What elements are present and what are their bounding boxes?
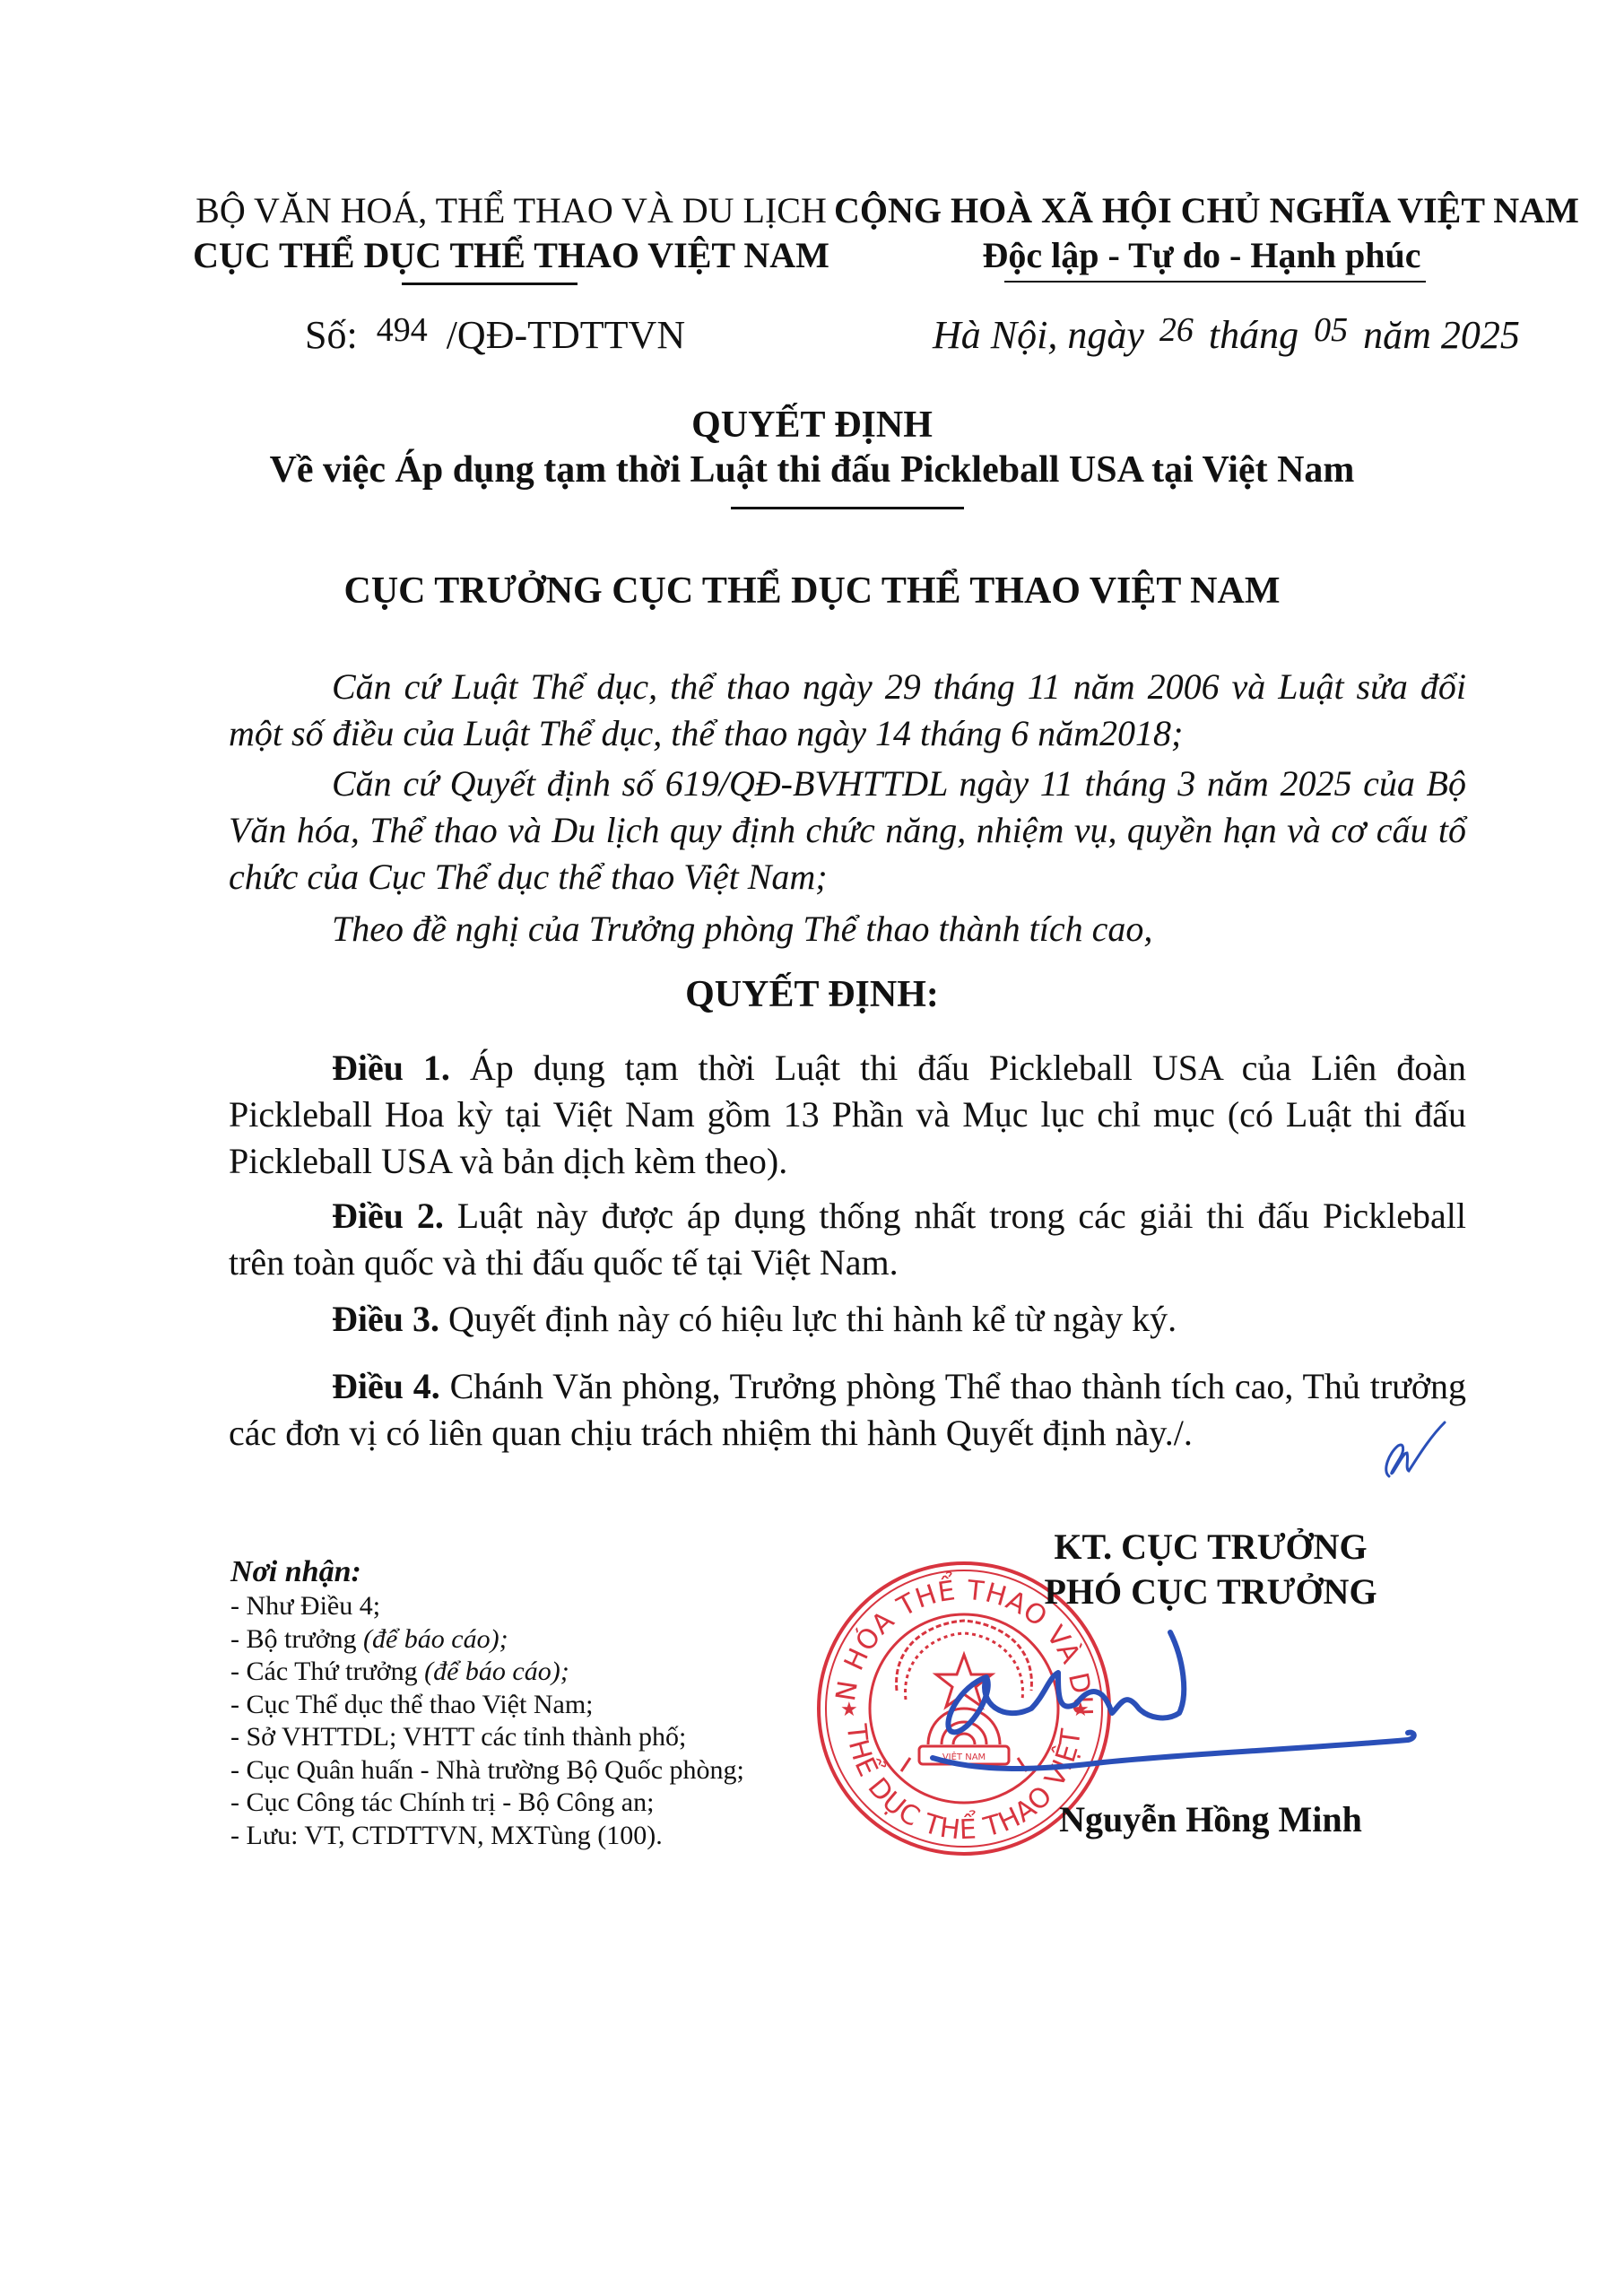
recipients-heading: Nơi nhận: [230, 1554, 744, 1590]
date-month-label: tháng [1209, 313, 1298, 357]
document-subtitle: Về việc Áp dụng tạm thời Luật thi đấu Pi… [0, 448, 1624, 491]
recipient-item: - Bộ trưởng (để báo cáo); [230, 1623, 744, 1657]
recipient-item: - Lưu: VT, CTDTTVN, MXTùng (100). [230, 1820, 744, 1853]
article-3-label: Điều 3. [332, 1299, 439, 1339]
country-name: CỘNG HOÀ XÃ HỘI CHỦ NGHĨA VIỆT NAM [834, 188, 1569, 233]
svg-text:★: ★ [840, 1698, 858, 1720]
signature-title-2: PHÓ CỤC TRƯỞNG [942, 1570, 1480, 1614]
signature-title-1: KT. CỤC TRƯỞNG [942, 1525, 1480, 1570]
date-day: 26 [1159, 311, 1194, 349]
legal-basis-2: Căn cứ Quyết định số 619/QĐ-BVHTTDL ngày… [229, 761, 1466, 900]
article-1: Điều 1. Áp dụng tạm thời Luật thi đấu Pi… [229, 1045, 1466, 1185]
number-value: 494 [377, 311, 428, 349]
date-place: Hà Nội, ngày [933, 313, 1144, 357]
issue-date: Hà Nội, ngày 26 tháng 05 năm 2025 [933, 312, 1520, 358]
handwritten-signature [924, 1623, 1426, 1821]
article-1-label: Điều 1. [332, 1048, 450, 1088]
article-3-text: Quyết định này có hiệu lực thi hành kể t… [439, 1299, 1177, 1339]
article-4-label: Điều 4. [332, 1366, 440, 1406]
recipient-item: - Cục Thể dục thể thao Việt Nam; [230, 1689, 744, 1722]
article-4: Điều 4. Chánh Văn phòng, Trưởng phòng Th… [229, 1363, 1466, 1457]
number-label: Số: [305, 313, 358, 357]
recipient-item: - Các Thứ trưởng (để báo cáo); [230, 1656, 744, 1689]
recipient-item: - Như Điều 4; [230, 1590, 744, 1623]
date-month: 05 [1314, 311, 1348, 349]
national-motto: Độc lập - Tự do - Hạnh phúc [834, 233, 1569, 278]
issuing-authority-heading: CỤC TRƯỞNG CỤC THỂ DỤC THỂ THAO VIỆT NAM [0, 570, 1624, 613]
document-number: Số: 494 /QĐ-TDTTVN [305, 312, 685, 358]
signer-name: Nguyễn Hồng Minh [942, 1798, 1480, 1840]
ministry-name: BỘ VĂN HOÁ, THỂ THAO VÀ DU LỊCH [179, 188, 843, 233]
agency-underline [402, 283, 578, 285]
initials-mark [1376, 1417, 1448, 1489]
legal-basis-3: Theo đề nghị của Trưởng phòng Thể thao t… [229, 906, 1466, 952]
legal-basis-1: Căn cứ Luật Thể dục, thể thao ngày 29 th… [229, 664, 1466, 757]
number-code: /QĐ-TDTTVN [447, 313, 685, 357]
agency-name: CỤC THỂ DỤC THỂ THAO VIỆT NAM [179, 233, 843, 278]
document-title: QUYẾT ĐỊNH [0, 404, 1624, 447]
recipient-item: - Cục Công tác Chính trị - Bộ Công an; [230, 1787, 744, 1820]
recipient-item: - Sở VHTTDL; VHTT các tỉnh thành phố; [230, 1721, 744, 1754]
decision-heading: QUYẾT ĐỊNH: [0, 973, 1624, 1016]
motto-underline [1004, 281, 1426, 283]
title-underline [731, 507, 964, 509]
national-header: CỘNG HOÀ XÃ HỘI CHỦ NGHĨA VIỆT NAM Độc l… [834, 188, 1569, 278]
article-3: Điều 3. Quyết định này có hiệu lực thi h… [229, 1296, 1466, 1343]
recipients-list: Nơi nhận: - Như Điều 4; - Bộ trưởng (để … [230, 1554, 744, 1852]
article-2-label: Điều 2. [332, 1196, 444, 1236]
recipient-item: - Cục Quân huấn - Nhà trường Bộ Quốc phò… [230, 1754, 744, 1787]
date-year: năm 2025 [1363, 313, 1520, 357]
issuing-authority: BỘ VĂN HOÁ, THỂ THAO VÀ DU LỊCH CỤC THỂ … [179, 188, 843, 278]
article-2: Điều 2. Luật này được áp dụng thống nhất… [229, 1193, 1466, 1286]
